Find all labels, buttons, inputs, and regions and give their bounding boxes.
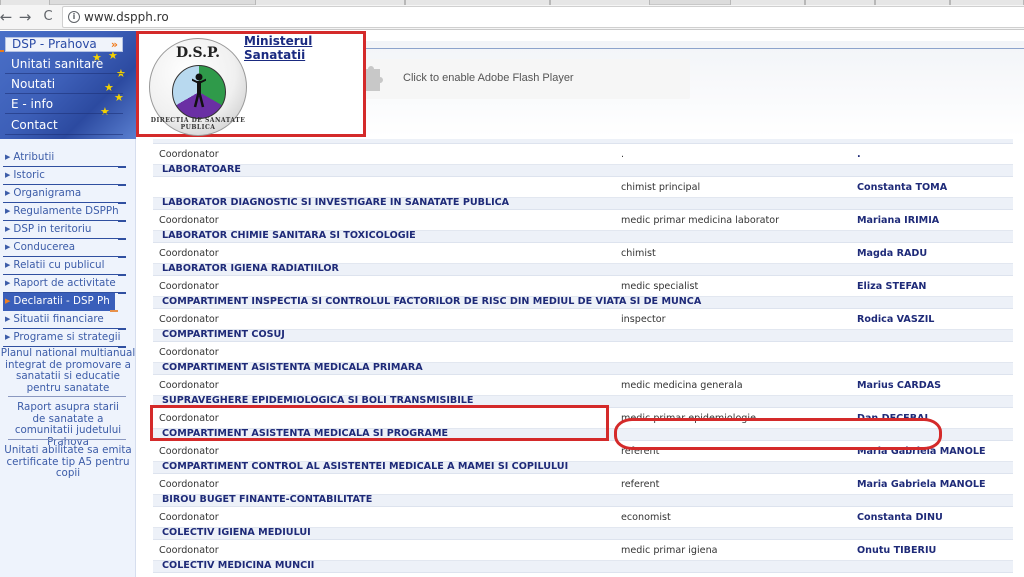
- position-cell: medic primar igiena: [621, 545, 718, 556]
- back-icon[interactable]: ←: [0, 7, 16, 27]
- position-cell: chimist principal: [621, 182, 700, 193]
- header: Click to enable Adobe Flash Player D.S.P…: [136, 31, 1024, 139]
- logo-title: D.S.P.: [150, 45, 246, 61]
- forward-icon[interactable]: →: [15, 7, 35, 27]
- table-row: Coordonatormedic primar igienaOnutu TIBE…: [153, 540, 1013, 561]
- page: ★ ★ ★ ★ ★ ★ DSP - Prahova » Unitati sani…: [0, 31, 1024, 577]
- human-figure-icon: [192, 73, 206, 109]
- position-cell: medic medicina generala: [621, 380, 743, 391]
- section-header-row: COMPARTIMENT ASISTENTA MEDICALA PRIMARA: [153, 363, 1013, 375]
- ministerul-sanatatii-link[interactable]: Ministerul Sanatatii: [244, 34, 363, 62]
- sidebar-item-situatii-financiare[interactable]: ▶Situatii financiare: [3, 311, 123, 329]
- position-cell: inspector: [621, 314, 666, 325]
- name-cell: Constanta TOMA: [857, 182, 947, 193]
- name-cell: Onutu TIBERIU: [857, 545, 936, 556]
- section-title: LABORATOR DIAGNOSTIC SI INVESTIGARE IN S…: [162, 197, 509, 208]
- topnav-label: Contact: [11, 118, 58, 132]
- sidebar-item-label: Istoric: [13, 169, 45, 181]
- divider: [8, 396, 126, 397]
- sidebar-link-unitati-abilitate[interactable]: Unitati abilitate sa emita certificate t…: [0, 445, 136, 480]
- section-header-row: COMPARTIMENT COSUJ: [153, 330, 1013, 342]
- section-title: COMPARTIMENT CONTROL AL ASISTENTEI MEDIC…: [162, 461, 568, 472]
- position-cell: chimist: [621, 248, 656, 259]
- name-cell: .: [857, 149, 861, 160]
- table-row: Coordonatormedic primar medicina laborat…: [153, 210, 1013, 231]
- triangle-right-icon: ▶: [5, 333, 10, 341]
- section-header-row: LABORATOR IGIENA RADIATIILOR: [153, 264, 1013, 276]
- sidebar-item-label: Raport de activitate: [13, 277, 115, 289]
- sidebar-item-relatii-cu-publicul[interactable]: ▶Relatii cu publicul: [3, 257, 123, 275]
- table-row: CoordonatoreconomistConstanta DINU: [153, 507, 1013, 528]
- table-row: CoordonatorchimistMagda RADU: [153, 243, 1013, 264]
- triangle-right-icon: ▶: [5, 171, 10, 179]
- section-title: LABORATOR IGIENA RADIATIILOR: [162, 263, 339, 274]
- top-navigation: ★ ★ ★ ★ ★ ★ DSP - Prahova » Unitati sani…: [0, 31, 136, 139]
- topnav-item-e-info[interactable]: E - info: [5, 95, 123, 114]
- flash-placeholder[interactable]: Click to enable Adobe Flash Player: [356, 59, 690, 99]
- highlight-oval-dan-decebal: [614, 418, 942, 450]
- position-cell: medic primar medicina laborator: [621, 215, 779, 226]
- url-text[interactable]: www.dspph.ro: [84, 10, 169, 24]
- sidebar-item-label: Relatii cu publicul: [13, 259, 104, 271]
- triangle-right-icon: ▶: [5, 153, 10, 161]
- role-cell: Coordonator: [159, 281, 219, 292]
- sidebar-item-atributii[interactable]: ▶Atributii: [3, 149, 123, 167]
- active-marker: [0, 50, 4, 52]
- section-header-row: COMPARTIMENT CONTROL AL ASISTENTEI MEDIC…: [153, 462, 1013, 474]
- topnav-label: DSP - Prahova: [12, 37, 97, 51]
- sidebar-link-raport-stare-sanatate[interactable]: Raport asupra starii de sanatate a comun…: [0, 402, 136, 448]
- role-cell: Coordonator: [159, 149, 219, 160]
- table-row: CoordonatorreferentMaria Gabriela MANOLE: [153, 474, 1013, 495]
- role-cell: Coordonator: [159, 314, 219, 325]
- sidebar-item-organigrama[interactable]: ▶Organigrama: [3, 185, 123, 203]
- section-header-row: BIROU BUGET FINANTE-CONTABILITATE: [153, 495, 1013, 507]
- highlight-box-supraveghere: [150, 405, 609, 441]
- role-cell: Coordonator: [159, 215, 219, 226]
- role-cell: Coordonator: [159, 248, 219, 259]
- name-cell: Rodica VASZIL: [857, 314, 934, 325]
- sidebar-item-raport-de-activitate[interactable]: ▶Raport de activitate: [3, 275, 123, 293]
- right-gutter: [1013, 139, 1024, 577]
- logo-ring-text: DIRECTIA DE SANATATE PUBLICA: [150, 117, 246, 131]
- sidebar-item-label: DSP in teritoriu: [13, 223, 91, 235]
- sidebar-link-planul-national[interactable]: Planul national multianual integrat de p…: [0, 348, 136, 394]
- topnav-item-contact[interactable]: Contact: [5, 116, 123, 135]
- role-cell: Coordonator: [159, 512, 219, 523]
- triangle-right-icon: ▶: [5, 279, 10, 287]
- sidebar-item-label: Organigrama: [13, 187, 81, 199]
- topnav-item-dsp-prahova[interactable]: DSP - Prahova »: [5, 37, 123, 52]
- sidebar-item-label: Declaratii - DSP Ph: [13, 295, 109, 307]
- triangle-right-icon: ▶: [5, 261, 10, 269]
- name-cell: Magda RADU: [857, 248, 927, 259]
- role-cell: Coordonator: [159, 446, 219, 457]
- table-row: chimist principalConstanta TOMA: [153, 177, 1013, 198]
- section-title: COMPARTIMENT INSPECTIA SI CONTROLUL FACT…: [162, 296, 701, 307]
- info-icon[interactable]: i: [68, 11, 80, 23]
- section-title: COMPARTIMENT ASISTENTA MEDICALA PRIMARA: [162, 362, 423, 373]
- dsp-logo[interactable]: D.S.P. DIRECTIA DE SANATATE PUBLICA: [149, 38, 247, 136]
- triangle-right-icon: ▶: [5, 297, 10, 305]
- triangle-right-icon: ▶: [5, 225, 10, 233]
- name-cell: Marius CARDAS: [857, 380, 941, 391]
- section-header-row: LABORATOR CHIMIE SANITARA SI TOXICOLOGIE: [153, 231, 1013, 243]
- role-cell: Coordonator: [159, 347, 219, 358]
- section-title: VALENII DE MUNTE: [162, 139, 264, 142]
- section-title: COLECTIV IGIENA MEDIULUI: [162, 527, 311, 538]
- sidebar: ▶Atributii ▶Istoric ▶Organigrama ▶Regula…: [0, 139, 136, 577]
- section-header-row: COLECTIV IGIENA MEDIULUI: [153, 528, 1013, 540]
- topnav-item-noutati[interactable]: Noutati: [5, 75, 123, 94]
- name-cell: Constanta DINU: [857, 512, 943, 523]
- section-title: LABORATOARE: [162, 164, 241, 175]
- table-row: Coordonator: [153, 342, 1013, 363]
- sidebar-item-declaratii[interactable]: ▶Declaratii - DSP Ph: [3, 293, 115, 311]
- position-cell: referent: [621, 479, 659, 490]
- section-title: LABORATOR CHIMIE SANITARA SI TOXICOLOGIE: [162, 230, 416, 241]
- position-cell: .: [621, 149, 624, 160]
- table-row: Coordonatormedic medicina generalaMarius…: [153, 375, 1013, 396]
- table-row: CoordonatorinspectorRodica VASZIL: [153, 309, 1013, 330]
- topnav-label: Unitati sanitare: [11, 57, 103, 71]
- triangle-right-icon: ▶: [5, 315, 10, 323]
- position-cell: medic specialist: [621, 281, 698, 292]
- staff-directory-table: VALENII DE MUNTECoordonator..LABORATOARE…: [136, 139, 1024, 577]
- triangle-right-icon: ▶: [5, 243, 10, 251]
- sidebar-item-istoric[interactable]: ▶Istoric: [3, 167, 123, 185]
- divider: [8, 439, 126, 440]
- sidebar-item-label: Atributii: [13, 151, 54, 163]
- section-header-row: COMPARTIMENT INSPECTIA SI CONTROLUL FACT…: [153, 297, 1013, 309]
- section-title: BIROU BUGET FINANTE-CONTABILITATE: [162, 494, 372, 505]
- section-title: COMPARTIMENT COSUJ: [162, 329, 285, 340]
- topnav-label: Noutati: [11, 77, 55, 91]
- name-cell: Eliza STEFAN: [857, 281, 926, 292]
- sidebar-item-programe-si-strategii[interactable]: ▶Programe si strategii: [3, 329, 123, 347]
- triangle-right-icon: ▶: [5, 189, 10, 197]
- position-cell: economist: [621, 512, 671, 523]
- table-row: Coordonator..: [153, 144, 1013, 165]
- triangle-right-icon: ▶: [5, 207, 10, 215]
- logo-annotation-box: D.S.P. DIRECTIA DE SANATATE PUBLICA Mini…: [136, 31, 366, 137]
- sidebar-item-label: Conducerea: [13, 241, 75, 253]
- section-title: COLECTIV MEDICINA MUNCII: [162, 560, 314, 571]
- table-row: Coordonatormedic specialistEliza STEFAN: [153, 276, 1013, 297]
- flash-message[interactable]: Click to enable Adobe Flash Player: [403, 72, 574, 84]
- sidebar-item-conducerea[interactable]: ▶Conducerea: [3, 239, 123, 257]
- sidebar-item-label: Programe si strategii: [13, 331, 120, 343]
- topnav-label: E - info: [11, 97, 53, 111]
- role-cell: Coordonator: [159, 380, 219, 391]
- browser-toolbar: ← → C i www.dspph.ro: [0, 5, 1024, 30]
- sidebar-item-regulamente[interactable]: ▶Regulamente DSPPh: [3, 203, 123, 221]
- reload-icon[interactable]: C: [38, 7, 58, 27]
- sidebar-item-label: Regulamente DSPPh: [13, 205, 118, 217]
- sidebar-item-dsp-in-teritoriu[interactable]: ▶DSP in teritoriu: [3, 221, 123, 239]
- name-cell: Mariana IRIMIA: [857, 215, 939, 226]
- role-cell: Coordonator: [159, 479, 219, 490]
- double-chevron-right-icon: »: [111, 38, 118, 51]
- section-header-row: COLECTIV MEDICINA MUNCII: [153, 561, 1013, 573]
- role-cell: Coordonator: [159, 545, 219, 556]
- sidebar-item-label: Situatii financiare: [13, 313, 103, 325]
- section-header-row: LABORATOR DIAGNOSTIC SI INVESTIGARE IN S…: [153, 198, 1013, 210]
- address-bar[interactable]: i www.dspph.ro: [62, 6, 1024, 28]
- name-cell: Maria Gabriela MANOLE: [857, 479, 986, 490]
- section-header-row: LABORATOARE: [153, 165, 1013, 177]
- topnav-item-unitati-sanitare[interactable]: Unitati sanitare: [5, 55, 123, 74]
